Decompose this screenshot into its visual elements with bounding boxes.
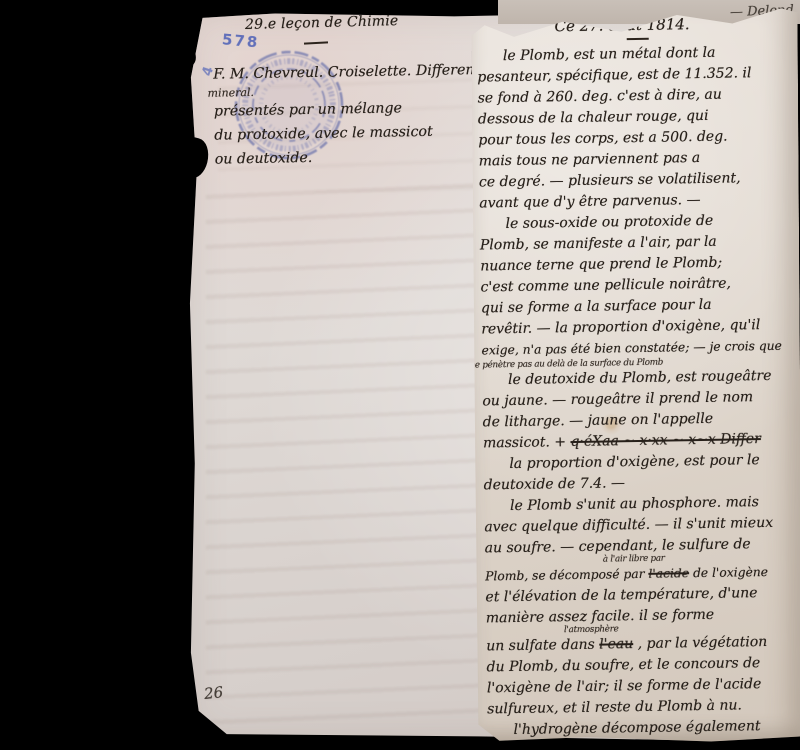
- line-text: deutoxide de 7.4. —: [484, 475, 625, 493]
- line-text: avant que d'y être parvenus. —: [479, 192, 700, 211]
- line-text: F. M. Chevreul. Croiselette. Differens: [213, 62, 482, 83]
- line-text: Plomb, se manifeste a l'air, par la: [480, 234, 717, 254]
- stamp-number: 578: [221, 30, 260, 51]
- line-text: le Plomb s'unit au phosphore. mais: [510, 494, 759, 514]
- line-text: Plomb, se décomposé par: [485, 567, 649, 584]
- manuscript-line: l'hydrogène décompose également: [487, 716, 799, 742]
- line-text: l'hydrogène décompose également: [513, 718, 760, 738]
- line-text: dessous de la chaleur rouge, qui: [478, 108, 709, 128]
- manuscript-line: ou deutoxide.: [215, 142, 515, 171]
- crossed-out-text: l'acide: [648, 566, 689, 581]
- line-text: qui se forme a la surface pour la: [481, 297, 712, 317]
- line-text: le sous-oxide ou protoxide de: [505, 213, 713, 232]
- line-text: et l'élévation de la température, d'une: [485, 585, 757, 605]
- crossed-out-text: l'eau: [599, 636, 633, 653]
- line-text: mineral.: [207, 86, 254, 100]
- line-text: du protoxide, avec le massicot: [214, 124, 433, 144]
- line-text: le Plomb, est un métal dont la: [503, 45, 716, 64]
- line-text-after: , par la végétation: [638, 634, 768, 652]
- line-text: présentés par un mélange: [214, 100, 402, 119]
- date-underline: [627, 38, 649, 40]
- lesson-lines: le Plomb, est un métal dont la pesanteur…: [477, 42, 800, 742]
- line-text: l'oxigène de l'air; il se forme de l'aci…: [487, 676, 762, 696]
- line-text: c'est comme une pellicule noirâtre,: [480, 276, 731, 296]
- line-text: un sulfate dans: [486, 637, 599, 655]
- line-text: mais tous ne parviennent pas a: [479, 150, 701, 169]
- line-text: ou jaune. — rougeâtre il prend le nom: [482, 389, 753, 409]
- line-text: le deutoxide du Plomb, est rougeâtre: [508, 368, 772, 388]
- line-text: la proportion d'oxigène, est pour le: [509, 452, 760, 472]
- line-text: exige, n'a pas été bien constatée; — je …: [481, 339, 782, 358]
- line-text: nuance terne que prend le Plomb;: [480, 255, 722, 275]
- line-text: ou deutoxide.: [215, 150, 313, 168]
- line-text: de litharge. — jaune on l'appelle: [483, 411, 714, 431]
- line-text: du Plomb, du soufre, et le concours de: [486, 655, 760, 675]
- page-number: 26: [203, 683, 224, 703]
- line-text: pour tous les corps, est a 500. deg.: [478, 129, 728, 149]
- lesson-text: Ce 27. aout 1814. le Plomb, est un métal…: [476, 12, 799, 742]
- line-text: se fond à 260. deg. c'est à dire, au: [478, 87, 722, 107]
- line-text: revêtir. — la proportion d'oxigène, qu'i…: [481, 317, 760, 337]
- line-text: sulfureux, et il reste du Plomb à nu.: [487, 697, 742, 717]
- crossed-out-text: q·éXaa ~ x·xx ~ x~x Differ: [570, 431, 761, 450]
- line-text: pesanteur, spécifique, est de 11.352. il: [477, 65, 751, 85]
- right-page: Ce 27. aout 1814. le Plomb, est un métal…: [471, 1, 800, 743]
- line-text: avec quelque difficulté. — il s'unit mie…: [484, 515, 773, 536]
- scan-background: { "document": { "kind": "Scanned handwri…: [0, 0, 800, 750]
- line-text: manière assez facile. il se forme: [486, 607, 715, 627]
- line-text: massicot. +: [483, 434, 571, 451]
- line-text: ce degré. — plusieurs se volatilisent,: [479, 170, 741, 190]
- line-text-after: de l'oxigène: [693, 565, 768, 580]
- marginal-notes: F. M. Chevreul. Croiselette. Differens m…: [213, 57, 515, 171]
